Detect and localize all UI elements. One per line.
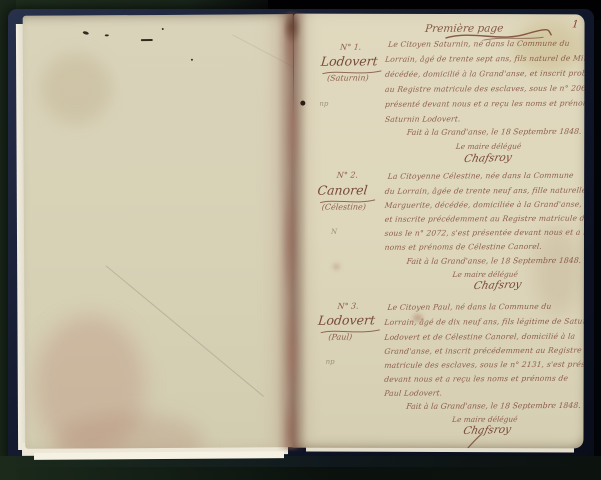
entry3-margin-surname: Lodovert — [318, 314, 376, 327]
entry2-signature: Chafsroy — [473, 280, 523, 292]
entry3-line: Lodovert et de Célestine Canorel, domici… — [384, 333, 576, 342]
entry3-side-mark: np — [326, 358, 335, 366]
entry3-signoff: Le maire délégué — [452, 416, 518, 424]
entry1-line: Lorrain, âgé de trente sept ans, fils na… — [385, 54, 585, 63]
entry3-line: devant nous et a reçu les noms et prénom… — [384, 375, 569, 384]
ink-speck — [105, 34, 109, 36]
entry2-margin-surname: Canorel — [317, 184, 368, 197]
entry3-line: Le Citoyen Paul, né dans la Commune du — [387, 303, 552, 312]
entry1-margin-number: N° 1. — [340, 44, 362, 52]
entry1-margin-forename: (Saturnin) — [327, 74, 369, 82]
entry2-margin-number: N° 2. — [336, 172, 358, 180]
paper-stain — [41, 53, 111, 123]
entry3-line: Grand'anse, et inscrit précédemment au R… — [384, 347, 582, 356]
entry1-signature: Chafsroy — [463, 153, 513, 165]
entry1-side-mark: np — [319, 100, 328, 108]
entry1-line: Saturnin Lodovert. — [385, 115, 461, 123]
entry1-signoff: Le maire délégué — [455, 143, 521, 151]
entry2-line: sous le n° 2072, s'est présentée devant … — [384, 228, 584, 237]
entry1-dateline: Fait à la Grand'anse, le 18 Septembre 18… — [406, 128, 581, 137]
entry3-dateline: Fait à la Grand'anse, le 18 Septembre 18… — [406, 402, 581, 411]
entry3-line: matricule des esclaves, sous le n° 2131,… — [384, 361, 585, 370]
archival-scan-scene: Première page 1 N° 1. Lodovert (Saturnin… — [0, 0, 601, 480]
entry3-margin-forename: (Paul) — [328, 334, 353, 342]
ink-speck — [191, 59, 193, 61]
entry1-margin-surname: Lodovert — [320, 55, 378, 68]
entry2-line: du Lorrain, âgée de trente neuf ans, fil… — [384, 187, 584, 196]
entry2-line: et inscrite précédemment au Registre mat… — [384, 214, 584, 223]
entry2-dateline: Fait à la Grand'anse, le 18 Septembre 18… — [406, 257, 581, 266]
ink-speck — [141, 39, 153, 41]
entry2-side-mark: N — [331, 228, 337, 236]
entry3-line: Lorrain, âgé de dix neuf ans, fils légit… — [384, 318, 585, 327]
ink-speck — [83, 31, 90, 35]
binding-gutter-top-dark — [283, 10, 301, 44]
entry3-margin-number: N° 3. — [337, 303, 359, 311]
entry2-signoff: Le maire délégué — [452, 271, 518, 279]
paper-stain — [533, 224, 583, 314]
page-number: 1 — [572, 20, 579, 30]
background-green-bottom-edge — [0, 456, 601, 480]
entry2-line: Marguerite, décédée, domiciliée à la Gra… — [384, 201, 582, 210]
entry3-line: Paul Lodovert. — [384, 390, 443, 398]
entry2-margin-forename: (Célestine) — [321, 203, 366, 211]
entry2-line: La Citoyenne Célestine, née dans la Comm… — [387, 172, 574, 181]
right-manuscript-page: Première page 1 N° 1. Lodovert (Saturnin… — [292, 14, 584, 449]
entry1-line: présenté devant nous et a reçu les noms … — [385, 100, 585, 109]
left-blank-page — [23, 14, 296, 449]
binding-gutter-stain — [277, 12, 307, 450]
foxing-dot — [333, 264, 340, 270]
entry2-line: noms et prénoms de Célestine Canorel. — [384, 243, 542, 252]
signature-paraph-stroke — [450, 432, 484, 448]
ink-speck — [162, 28, 164, 30]
entry1-line: décédée, domicilié à la Grand'anse, et i… — [385, 69, 585, 78]
entry1-line: au Registre matricule des esclaves, sous… — [385, 84, 585, 93]
entry1-line: Le Citoyen Saturnin, né dans la Commune … — [388, 40, 570, 49]
